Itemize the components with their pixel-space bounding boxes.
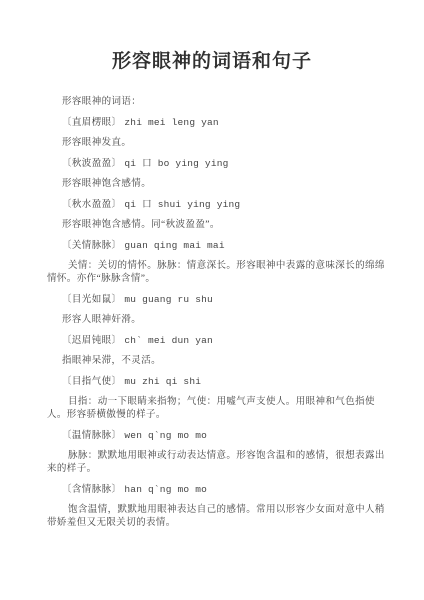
entry-line: 〔秋波盈盈〕qi 口 bo ying ying [62,157,392,171]
entry-pinyin: wen q`ng mo mo [124,430,207,441]
entry-term: 〔秋波盈盈〕 [62,159,121,169]
document-page: 形容眼神的词语和句子 形容眼神的词语：〔直眉楞眼〕zhi mei leng ya… [0,0,424,600]
entry-line: 〔目光如鼠〕mu guang ru shu [62,293,392,307]
explanation-paragraph: 饱含温情，默默地用眼神表达自己的感情。常用以形容少女面对意中人稍带娇羞但又无限关… [47,504,392,530]
entry-term: 〔秋水盈盈〕 [62,200,121,210]
entry-pinyin: ch` mei dun yan [124,335,213,346]
definition-line: 形容眼神饱含感情。同“秋波盈盈”。 [62,219,392,232]
entry-line: 〔直眉楞眼〕zhi mei leng yan [62,116,392,130]
entry-term: 〔目光如鼠〕 [62,295,121,305]
document-body: 形容眼神的词语：〔直眉楞眼〕zhi mei leng yan形容眼神发直。〔秋波… [47,96,392,530]
entry-line: 〔目指气使〕mu zhi qi shi [62,375,392,389]
definition-line: 形容人眼神奸滑。 [62,314,392,327]
entry-pinyin: mu guang ru shu [124,294,213,305]
definition-line: 形容眼神发直。 [62,137,392,150]
entry-term: 〔关情脉脉〕 [62,241,121,251]
entry-pinyin: zhi mei leng yan [124,117,218,128]
entry-pinyin: han q`ng mo mo [124,484,207,495]
entry-term: 〔温情脉脉〕 [62,431,121,441]
entry-pinyin: guan qing mai mai [124,240,224,251]
entry-line: 〔含情脉脉〕han q`ng mo mo [62,483,392,497]
entry-term: 〔直眉楞眼〕 [62,118,121,128]
entry-line: 〔关情脉脉〕guan qing mai mai [62,239,392,253]
definition-line: 形容眼神饱含感情。 [62,178,392,191]
definition-line: 指眼神呆滞，不灵活。 [62,355,392,368]
entry-line: 〔迟眉钝眼〕ch` mei dun yan [62,334,392,348]
entry-term: 〔迟眉钝眼〕 [62,336,121,346]
explanation-paragraph: 脉脉：默默地用眼神或行动表达情意。形容饱含温和的感情，很想表露出来的样子。 [47,450,392,476]
entry-pinyin: mu zhi qi shi [124,376,201,387]
entry-pinyin: qi 口 shui ying ying [124,199,240,210]
document-title: 形容眼神的词语和句子 [0,48,424,76]
entry-pinyin: qi 口 bo ying ying [124,158,228,169]
explanation-paragraph: 关情：关切的情怀。脉脉：情意深长。形容眼神中表露的意味深长的绵绵情怀。亦作“脉脉… [47,260,392,286]
explanation-paragraph: 目指：动一下眼睛来指物；气使：用嘘气声支使人。用眼神和气色指使人。形容骄横傲慢的… [47,396,392,422]
entry-term: 〔目指气使〕 [62,377,121,387]
definition-line: 形容眼神的词语： [62,96,392,109]
entry-line: 〔温情脉脉〕wen q`ng mo mo [62,429,392,443]
entry-term: 〔含情脉脉〕 [62,485,121,495]
entry-line: 〔秋水盈盈〕qi 口 shui ying ying [62,198,392,212]
